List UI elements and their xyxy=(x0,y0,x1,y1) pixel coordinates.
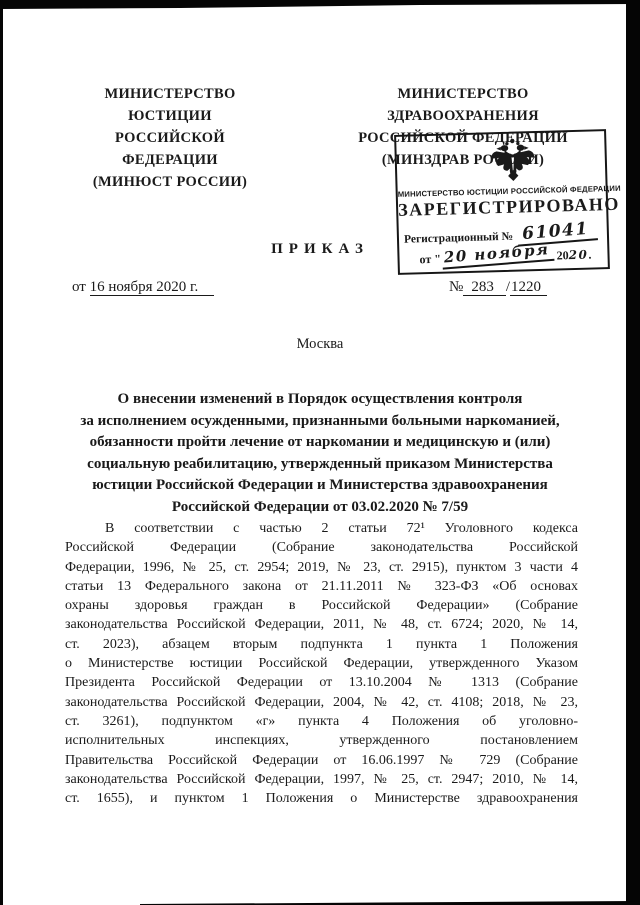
scanned-order-page: МИНИСТЕРСТВОЮСТИЦИИРОССИЙСКОЙ ФЕДЕРАЦИИ(… xyxy=(0,0,640,905)
body-text-line: В соответствии с частью 2 статьи 72¹ Уго… xyxy=(65,519,578,538)
order-number-first: 283 xyxy=(463,279,506,296)
order-date-label: от xyxy=(72,279,86,295)
body-text-line: о Министерстве юстиции Российской Федера… xyxy=(65,654,578,673)
subject-line: за исполнением осужденными, признанными … xyxy=(66,411,574,433)
body-text-line: ст. 2023), абзацем вторым подпункта 1 пу… xyxy=(65,635,578,654)
stamp-year-printed: 20 xyxy=(556,248,568,262)
letterhead-line: (МИНЮСТ РОССИИ) xyxy=(70,171,270,193)
body-text-line: исполнительных инспекциях, утвержденного… xyxy=(65,731,578,750)
order-date-line: от 16 ноября 2020 г. xyxy=(72,279,214,296)
stamp-date-prefix: от " xyxy=(419,252,441,267)
letterhead-line: ЗДРАВООХРАНЕНИЯ xyxy=(343,105,583,127)
body-text-line: Президента Российской Федерации от 13.10… xyxy=(65,673,578,692)
scan-artifact-right xyxy=(626,0,640,905)
subject-line: юстиции Российской Федерации и Министерс… xyxy=(66,475,574,497)
body-text-line: законодательства Российской Федерации, 1… xyxy=(65,770,578,789)
body-text-line: законодательства Российской Федерации, 2… xyxy=(65,615,578,634)
body-text-line: ст. 1655), и пунктом 1 Положения о Минис… xyxy=(65,789,578,808)
order-number-line: №283/1220 xyxy=(449,279,547,296)
subject-line: О внесении изменений в Порядок осуществл… xyxy=(66,389,574,411)
stamp-date-line: от "20 ноября2020. xyxy=(419,245,591,271)
scan-artifact-top xyxy=(0,0,640,10)
scan-artifact-bottom xyxy=(140,901,640,905)
order-date-value: 16 ноября 2020 г. xyxy=(90,279,215,296)
order-body-paragraph: В соответствии с частью 2 статьи 72¹ Уго… xyxy=(65,519,578,808)
letterhead-line: ЮСТИЦИИ xyxy=(70,105,270,127)
scan-artifact-left xyxy=(0,0,3,905)
body-text-line: Федерации, 1996, № 25, ст. 2954; 2019, №… xyxy=(65,558,578,577)
stamp-reg-number-handwritten: 61041 xyxy=(522,219,590,244)
body-text-line: Российской Федерации (Собрание законодат… xyxy=(65,538,578,557)
body-text-line: охраны здоровья граждан в Российской Фед… xyxy=(65,596,578,615)
body-text-line: статьи 13 Федерального закона от 21.11.2… xyxy=(65,577,578,596)
ministry-justice-letterhead: МИНИСТЕРСТВОЮСТИЦИИРОССИЙСКОЙ ФЕДЕРАЦИИ(… xyxy=(70,83,270,193)
body-text-line: ст. 3261), подпунктом «г» пункта 4 Полож… xyxy=(65,712,578,731)
subject-line: Российской Федерации от 03.02.2020 № 7/5… xyxy=(66,497,574,519)
stamp-date-suffix: . xyxy=(588,248,591,262)
registration-stamp: МИНИСТЕРСТВО ЮСТИЦИИ РОССИЙСКОЙ ФЕДЕРАЦИ… xyxy=(394,129,610,275)
order-number-second: 1220 xyxy=(510,279,547,296)
order-number-label: № xyxy=(449,279,463,295)
subject-line: обязанности пройти лечение от наркомании… xyxy=(66,432,574,454)
order-city: Москва xyxy=(70,336,570,353)
body-text-line: Правительства Российской Федерации от 16… xyxy=(65,751,578,770)
double-headed-eagle-icon xyxy=(488,137,537,182)
stamp-registered-text: ЗАРЕГИСТРИРОВАНО xyxy=(398,194,607,221)
letterhead-line: РОССИЙСКОЙ ФЕДЕРАЦИИ xyxy=(70,127,270,171)
order-subject: О внесении изменений в Порядок осуществл… xyxy=(66,389,574,518)
letterhead-line: МИНИСТЕРСТВО xyxy=(343,83,583,105)
subject-line: социальную реабилитацию, утвержденный пр… xyxy=(66,454,574,476)
letterhead-line: МИНИСТЕРСТВО xyxy=(70,83,270,105)
body-text-line: законодательства Российской Федерации, 2… xyxy=(65,693,578,712)
stamp-year-handwritten: 20 xyxy=(568,248,588,263)
